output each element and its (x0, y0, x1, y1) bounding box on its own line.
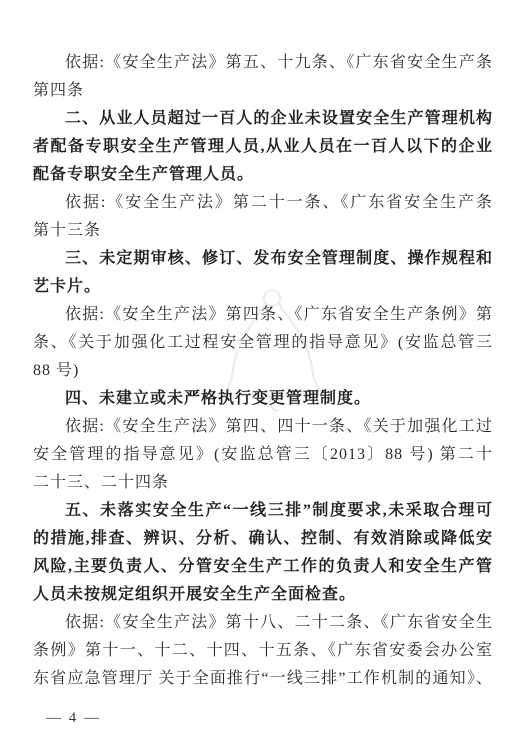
text-line: 风险,主要负责人、分管安全生产工作的负责人和安全生产管理 (33, 553, 493, 581)
text-line: 88 号) (33, 357, 493, 385)
text-line: 东省应急管理厅 关于全面推行“一线三排”工作机制的通知》、 (33, 665, 493, 693)
text-line: 二十三、二十四条 (33, 469, 493, 497)
text-line: 者配备专职安全生产管理人员,从业人员在一百人以下的企业未 (33, 133, 493, 161)
text-line: 依据:《安全生产法》第十八、二十二条、《广东省安全生产 (33, 609, 493, 637)
text-line: 人员未按规定组织开展安全生产全面检查。 (33, 581, 493, 609)
text-line: 条、《关于加强化工过程安全管理的指导意见》(安监总管三〔2013〕 (33, 329, 493, 357)
text-line: 第十三条 (33, 217, 493, 245)
text-line: 的措施,排查、辨识、分析、确认、控制、有效消除或降低安全 (33, 525, 493, 553)
text-line: 安全管理的指导意见》(安监总管三〔2013〕88 号) 第二十二、 (33, 441, 493, 469)
text-line: 三、未定期审核、修订、发布安全管理制度、操作规程和工 (33, 245, 493, 273)
text-line: 依据:《安全生产法》第四条、《广东省安全生产条例》第十 (33, 301, 493, 329)
text-line: 依据:《安全生产法》第五、十九条、《广东省安全生产条例》 (33, 49, 493, 77)
text-line: 依据:《安全生产法》第四、四十一条、《关于加强化工过程 (33, 413, 493, 441)
document-body: 依据:《安全生产法》第五、十九条、《广东省安全生产条例》第四条二、从业人员超过一… (33, 49, 493, 693)
text-line: 二、从业人员超过一百人的企业未设置安全生产管理机构或 (33, 105, 493, 133)
text-line: 条例》第十一、十二、十四、十五条、《广东省安委会办公室 广 (33, 637, 493, 665)
text-line: 四、未建立或未严格执行变更管理制度。 (33, 385, 493, 413)
document-page: 依据:《安全生产法》第五、十九条、《广东省安全生产条例》第四条二、从业人员超过一… (0, 0, 524, 742)
text-line: 五、未落实安全生产“一线三排”制度要求,未采取合理可行 (33, 497, 493, 525)
text-line: 配备专职安全生产管理人员。 (33, 161, 493, 189)
text-line: 艺卡片。 (33, 273, 493, 301)
text-line: 第四条 (33, 77, 493, 105)
page-number: — 4 — (46, 710, 101, 727)
text-line: 依据:《安全生产法》第二十一条、《广东省安全生产条例》 (33, 189, 493, 217)
